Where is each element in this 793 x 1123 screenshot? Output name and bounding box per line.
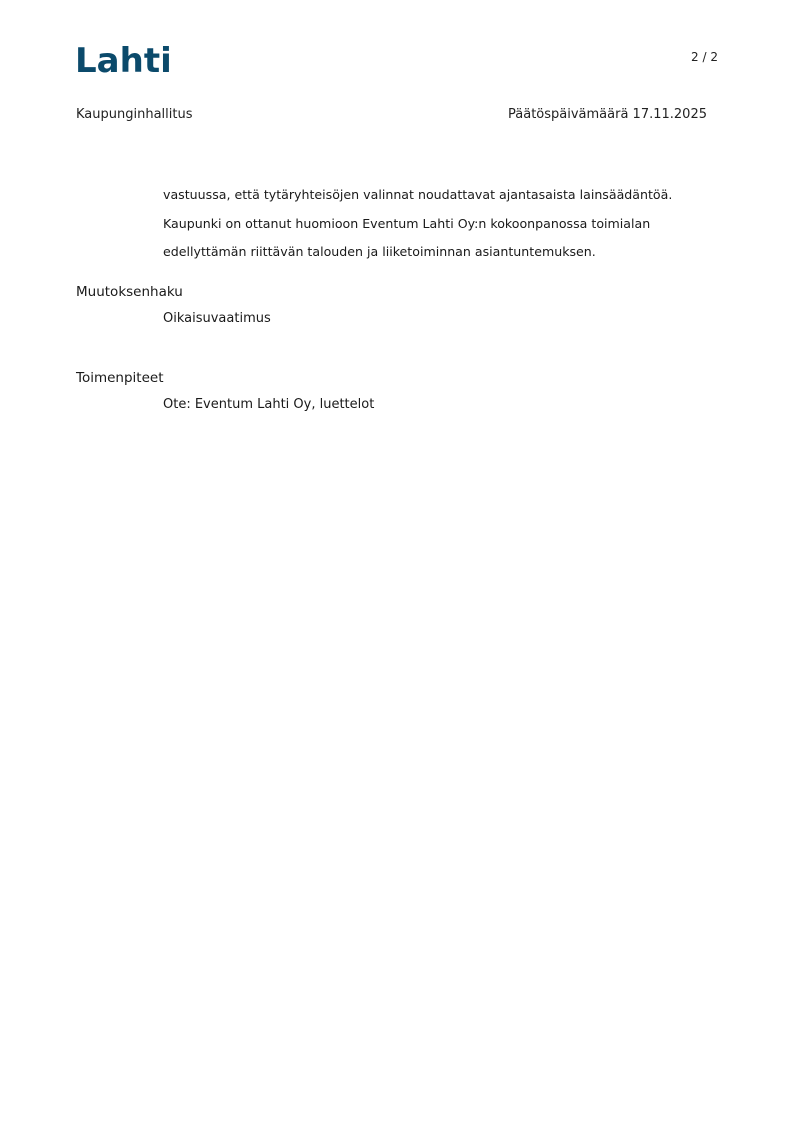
section-heading-muutoksenhaku: Muutoksenhaku [76,284,183,300]
decision-date: Päätöspäivämäärä 17.11.2025 [508,107,707,122]
section-heading-toimenpiteet: Toimenpiteet [76,370,164,386]
body-line: vastuussa, että tytäryhteisöjen valinnat… [163,181,723,210]
body-paragraph: vastuussa, että tytäryhteisöjen valinnat… [163,181,723,267]
page-number: 2 / 2 [691,50,718,64]
section-value-muutoksenhaku: Oikaisuvaatimus [163,311,271,326]
lahti-logo: Lahti [75,44,172,78]
body-line: edellyttämän riittävän talouden ja liike… [163,238,723,267]
body-line: Kaupunki on ottanut huomioon Eventum Lah… [163,210,723,239]
organization-name: Kaupunginhallitus [76,107,193,122]
section-value-toimenpiteet: Ote: Eventum Lahti Oy, luettelot [163,397,374,412]
